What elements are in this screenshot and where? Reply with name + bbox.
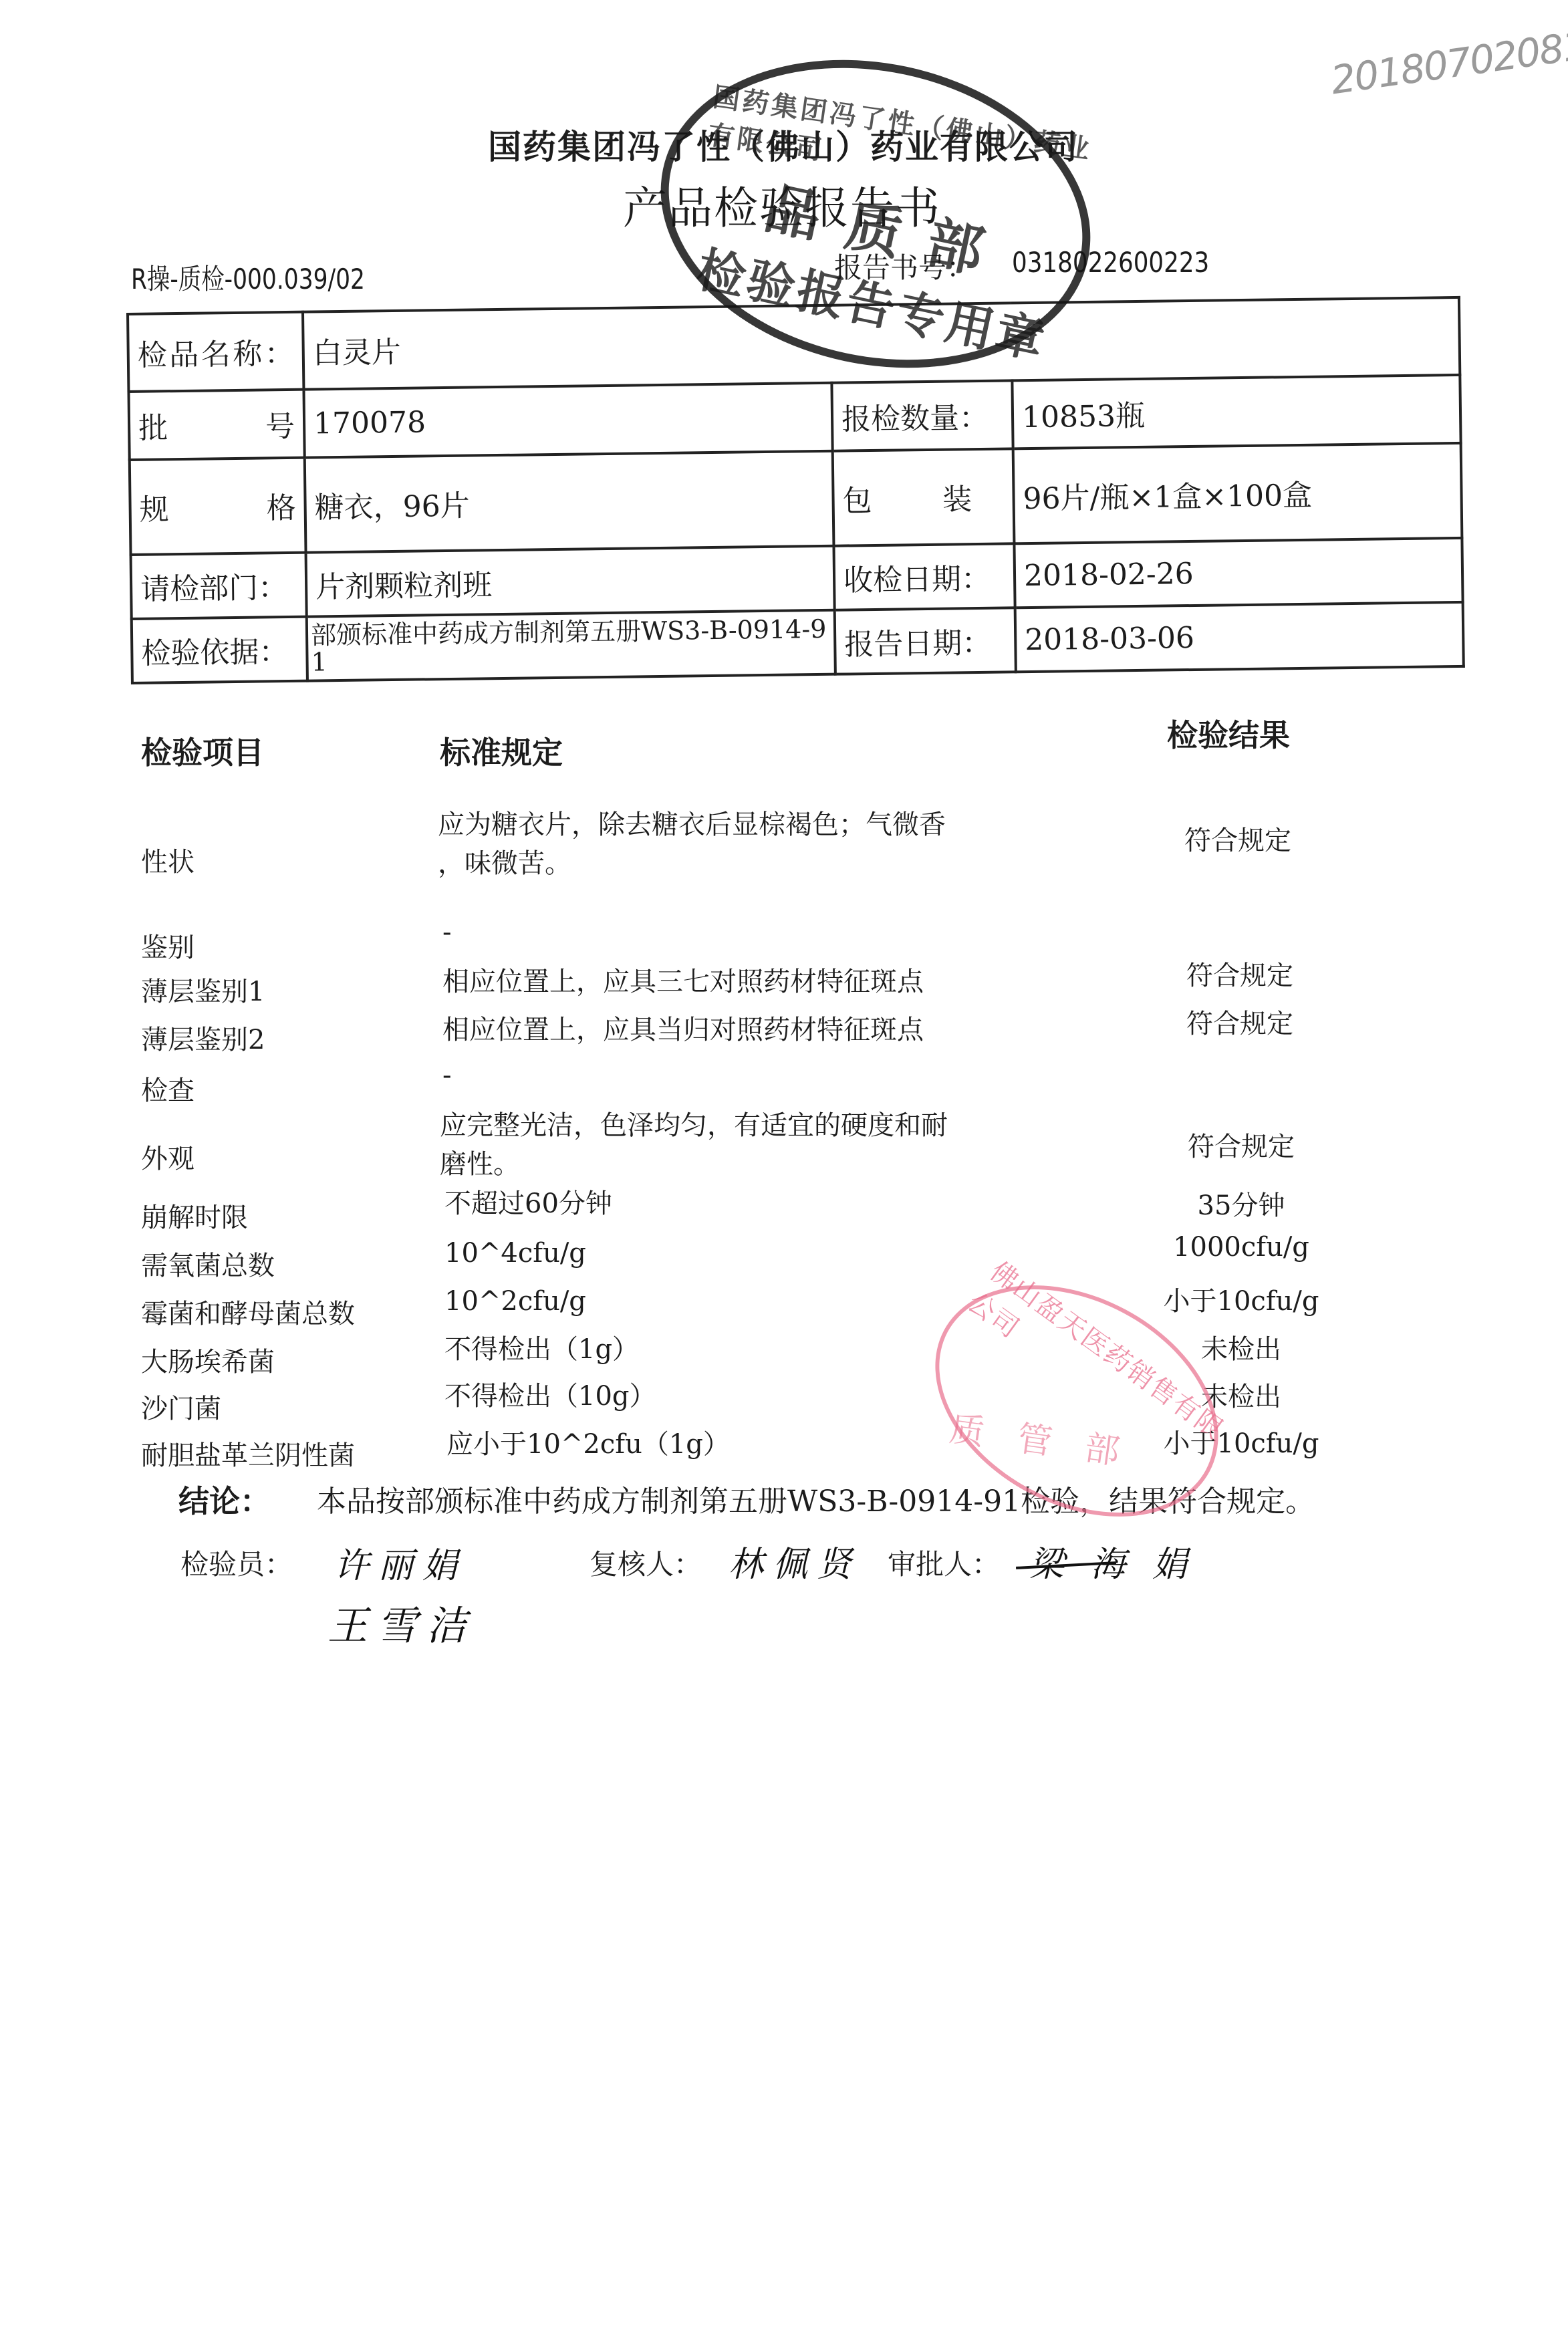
column-header-standard: 标准规定 — [440, 729, 563, 773]
item-name: 薄层鉴别1 — [141, 971, 265, 1009]
basis-label: 检验依据： — [132, 617, 307, 683]
label-char: 品 — [169, 331, 199, 374]
approver-label: 审批人： — [888, 1543, 1000, 1583]
batch-value: 170078 — [303, 383, 832, 458]
column-header-item: 检验项目 — [141, 729, 264, 773]
standard-line: 磨性。 — [440, 1145, 948, 1184]
inspector-label: 检验员： — [180, 1543, 293, 1583]
standard-line: 应完整光洁，色泽均匀，有适宜的硬度和耐 — [440, 1106, 948, 1145]
item-result: 符合规定 — [1134, 1126, 1348, 1164]
item-standard: 相应位置上，应具当归对照药材特征斑点 — [442, 1011, 924, 1049]
item-standard: 10^2cfu/g — [444, 1282, 586, 1321]
label-char: 装 — [942, 475, 972, 519]
label-char: 批 — [138, 404, 168, 447]
label-char: ： — [264, 330, 294, 373]
product-name-label: 检 品 名 称 ： — [128, 312, 303, 392]
label-char: 格 — [266, 484, 296, 527]
basis-line-1: 部颁标准中药成方制剂第五册WS3-B-0914-9 — [311, 616, 831, 649]
spec-value: 糖衣，96片 — [305, 451, 834, 553]
item-standard: 不超过60分钟 — [444, 1184, 612, 1223]
item-result: 小于10cfu/g — [1134, 1280, 1348, 1318]
item-result: 35分钟 — [1134, 1184, 1348, 1222]
item-name: 霉菌和酵母菌总数 — [141, 1293, 355, 1331]
approver-signature: 梁海娟 — [1029, 1536, 1214, 1586]
label-char: 号 — [265, 402, 295, 446]
item-name: 耐胆盐革兰阴性菌 — [141, 1434, 355, 1472]
item-standard: 不得检出（10g） — [444, 1377, 656, 1416]
report-date-label: 报告日期： — [835, 608, 1016, 674]
package-label: 包 装 — [833, 448, 1015, 545]
received-date-value: 2018-02-26 — [1014, 538, 1462, 608]
conclusion-label: 结论： — [178, 1477, 271, 1521]
item-name: 鉴别 — [141, 926, 194, 964]
label-char: 称 — [233, 330, 263, 373]
item-result: 1000cfu/g — [1134, 1232, 1348, 1263]
item-standard: 应小于10^2cfu（1g） — [446, 1425, 730, 1464]
reviewer-signature: 林佩贤 — [729, 1536, 861, 1586]
product-info-table: 检 品 名 称 ： 白灵片 批 号 170078 报检数量： 10853瓶 — [126, 296, 1462, 684]
handwritten-archive-number: 20180702081 — [1328, 23, 1568, 104]
spec-label: 规 格 — [130, 458, 306, 555]
inspector-signature-1: 许丽娟 — [334, 1537, 467, 1587]
dept-value: 片剂颗粒剂班 — [306, 546, 835, 617]
report-date-value: 2018-03-06 — [1015, 602, 1464, 672]
item-name: 需氧菌总数 — [141, 1245, 275, 1283]
item-standard: 相应位置上，应具三七对照药材特征斑点 — [442, 962, 924, 1001]
item-name: 大肠埃希菌 — [141, 1341, 275, 1379]
item-name: 性状 — [141, 841, 194, 879]
item-name: 检查 — [141, 1069, 194, 1108]
item-result: 符合规定 — [1131, 819, 1345, 858]
label-char: 名 — [201, 330, 231, 374]
standard-line: 应为糖衣片，除去糖衣后显棕褐色；气微香 — [438, 805, 946, 844]
package-value: 96片/瓶×1盒×100盒 — [1013, 443, 1462, 543]
item-standard: 不得检出（1g） — [444, 1330, 639, 1369]
label-char: 检 — [137, 331, 167, 374]
item-standard: - — [442, 1056, 452, 1095]
quantity-label: 报检数量： — [831, 380, 1013, 450]
item-name: 沙门菌 — [141, 1388, 221, 1426]
item-standard: - — [442, 913, 452, 952]
quantity-value: 10853瓶 — [1012, 375, 1460, 448]
item-result: 符合规定 — [1133, 954, 1347, 993]
info-row-spec: 规 格 糖衣，96片 包 装 96片/瓶×1盒×100盒 — [130, 443, 1462, 555]
basis-value: 部颁标准中药成方制剂第五册WS3-B-0914-9 1 — [307, 610, 835, 681]
batch-label: 批 号 — [128, 390, 304, 460]
standard-line: ，味微苦。 — [438, 844, 946, 883]
column-header-result: 检验结果 — [1167, 711, 1290, 755]
reviewer-label: 复核人： — [590, 1543, 702, 1583]
item-result: 符合规定 — [1133, 1003, 1347, 1041]
item-standard: 10^4cfu/g — [444, 1234, 586, 1273]
form-code: R操-质检-000.039/02 — [131, 257, 365, 297]
dept-label: 请检部门： — [131, 553, 307, 619]
stamp-ring-text: 国药集团冯了性（佛山）药业有限公司 — [706, 76, 1104, 205]
inspector-signature-2: 王雪洁 — [328, 1594, 476, 1652]
received-date-label: 收检日期： — [833, 543, 1015, 610]
item-name: 崩解时限 — [141, 1196, 248, 1235]
item-name: 薄层鉴别2 — [141, 1019, 265, 1057]
label-char: 包 — [842, 477, 872, 520]
label-char: 规 — [139, 485, 169, 529]
item-standard: 应为糖衣片，除去糖衣后显棕褐色；气微香 ，味微苦。 — [438, 805, 946, 883]
item-standard: 应完整光洁，色泽均匀，有适宜的硬度和耐 磨性。 — [440, 1106, 948, 1184]
item-name: 外观 — [141, 1138, 194, 1176]
